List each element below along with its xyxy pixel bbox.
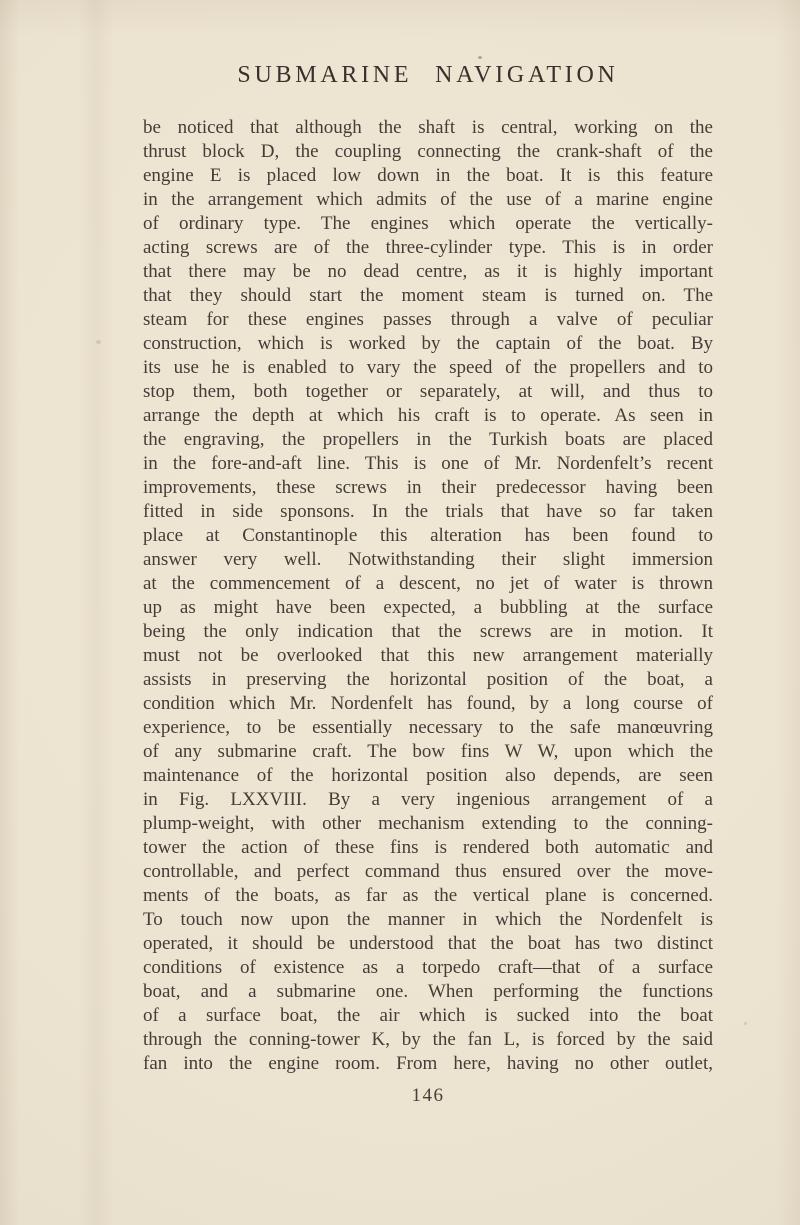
text-line: engine E is placed low down in the boat.… (143, 164, 713, 188)
text-line: plump-weight, with other mechanism exten… (143, 812, 713, 836)
paper-speck (744, 1022, 747, 1025)
text-line: assists in preserving the horizontal pos… (143, 668, 713, 692)
text-line: in the arrangement which admits of the u… (143, 188, 713, 212)
text-line: of any submarine craft. The bow fins W W… (143, 740, 713, 764)
body-text: be noticed that although the shaft is ce… (143, 116, 713, 1076)
text-line: of ordinary type. The engines which oper… (143, 212, 713, 236)
text-line: answer very well. Notwithstanding their … (143, 548, 713, 572)
text-line: in the fore-and-aft line. This is one of… (143, 452, 713, 476)
text-line: be noticed that although the shaft is ce… (143, 116, 713, 140)
text-line: boat, and a submarine one. When performi… (143, 980, 713, 1004)
text-line: fitted in side sponsons. In the trials t… (143, 500, 713, 524)
text-line: thrust block D, the coupling connecting … (143, 140, 713, 164)
text-line: its use he is enabled to vary the speed … (143, 356, 713, 380)
text-line: must not be overlooked that this new arr… (143, 644, 713, 668)
text-line: maintenance of the horizontal position a… (143, 764, 713, 788)
paper-speck (478, 56, 482, 59)
text-line: of a surface boat, the air which is suck… (143, 1004, 713, 1028)
text-line: To touch now upon the manner in which th… (143, 908, 713, 932)
book-page: SUBMARINE NAVIGATION be noticed that alt… (0, 0, 800, 1225)
text-line: ments of the boats, as far as the vertic… (143, 884, 713, 908)
text-line: through the conning-tower K, by the fan … (143, 1028, 713, 1052)
text-line: operated, it should be understood that t… (143, 932, 713, 956)
page-number: 146 (143, 1085, 713, 1107)
page-title: SUBMARINE NAVIGATION (143, 60, 713, 90)
text-line: tower the action of these fins is render… (143, 836, 713, 860)
text-line: steam for these engines passes through a… (143, 308, 713, 332)
text-line: in Fig. LXXVIII. By a very ingenious arr… (143, 788, 713, 812)
text-line: acting screws are of the three-cylinder … (143, 236, 713, 260)
page-gutter-shading (78, 0, 114, 1225)
text-line: stop them, both together or separately, … (143, 380, 713, 404)
text-line: at the commencement of a descent, no jet… (143, 572, 713, 596)
text-line: arrange the depth at which his craft is … (143, 404, 713, 428)
text-line: the engraving, the propellers in the Tur… (143, 428, 713, 452)
text-line: condition which Mr. Nordenfelt has found… (143, 692, 713, 716)
text-line: improvements, these screws in their pred… (143, 476, 713, 500)
text-line: construction, which is worked by the cap… (143, 332, 713, 356)
text-line: fan into the engine room. From here, hav… (143, 1052, 713, 1076)
text-line: conditions of existence as a torpedo cra… (143, 956, 713, 980)
text-line: place at Constantinople this alteration … (143, 524, 713, 548)
text-line: that there may be no dead centre, as it … (143, 260, 713, 284)
text-line: controllable, and perfect command thus e… (143, 860, 713, 884)
text-line: that they should start the moment steam … (143, 284, 713, 308)
paper-speck (96, 340, 101, 344)
text-line: being the only indication that the screw… (143, 620, 713, 644)
text-line: up as might have been expected, a bubbli… (143, 596, 713, 620)
text-line: experience, to be essentially necessary … (143, 716, 713, 740)
